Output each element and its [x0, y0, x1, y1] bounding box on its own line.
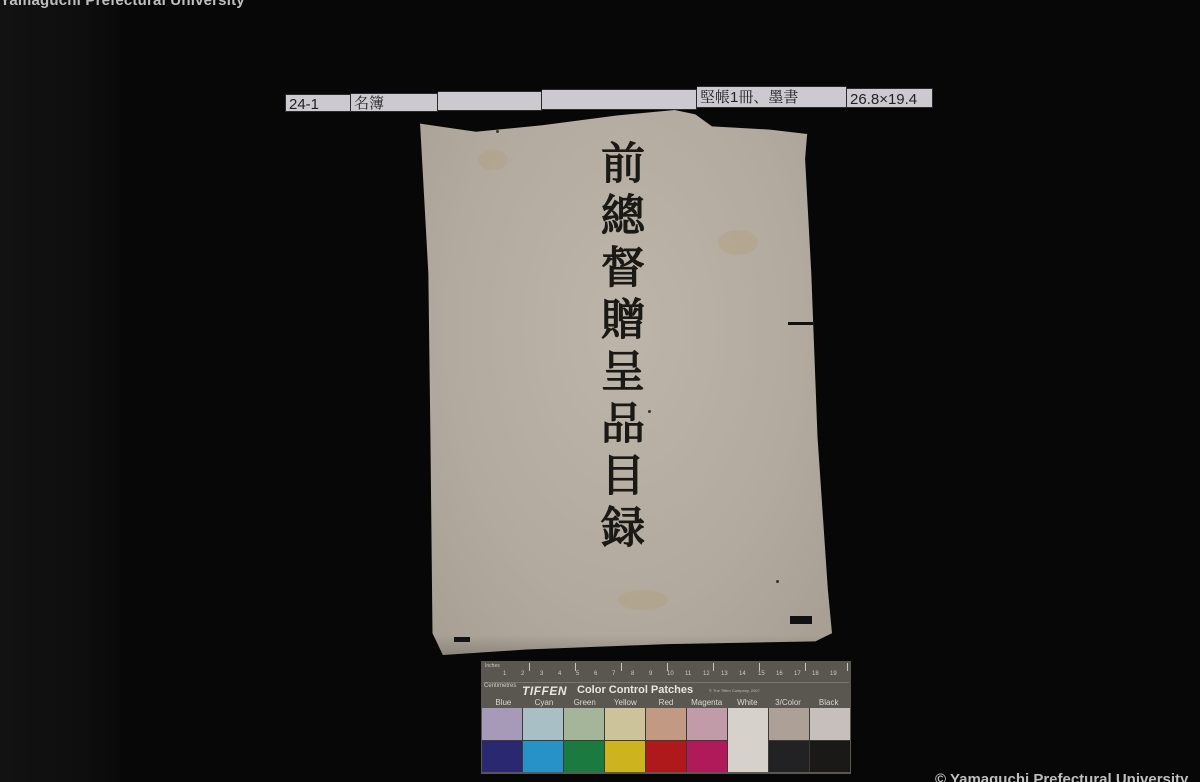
patch-label: Blue: [483, 698, 524, 707]
patch-label: Black: [808, 698, 849, 707]
color-patch-black-light: [810, 708, 850, 740]
cm-mark: 8: [631, 671, 634, 677]
centimetres-label: Centimetres: [484, 683, 516, 689]
stain: [718, 230, 758, 255]
color-patch-black-dark: [810, 741, 850, 773]
color-patch-green-light: [564, 708, 604, 740]
color-patch-red-dark: [646, 741, 686, 773]
tear: [790, 616, 812, 624]
stain: [618, 590, 668, 610]
catalog-label-strip: 24-1 名簿 堅帳1冊、墨書 26.8×19.4: [285, 86, 933, 110]
cm-mark: 10: [667, 671, 674, 677]
cm-mark: 2: [521, 671, 524, 677]
label-category: 名簿: [351, 93, 438, 112]
stain: [478, 150, 508, 170]
cm-mark: 16: [776, 671, 783, 677]
color-patch-yellow-dark: [605, 741, 645, 773]
color-patch-blue-dark: [482, 741, 522, 773]
color-patch-3-color-light: [769, 708, 809, 740]
ruler: Inches 1 2 3 4 5 6 7 8 9 10 11 12 13 14 …: [483, 663, 849, 683]
cm-mark: 18: [812, 671, 819, 677]
color-patch-red-light: [646, 708, 686, 740]
cover-edge-shadow: [418, 635, 832, 655]
cm-mark: 3: [540, 671, 543, 677]
color-patch-yellow-light: [605, 708, 645, 740]
patch-label: Magenta: [686, 698, 727, 707]
cm-mark: 19: [830, 671, 837, 677]
cm-mark: 6: [594, 671, 597, 677]
speck: [496, 130, 499, 133]
color-patch-green-dark: [564, 741, 604, 773]
chart-copyright: © The Tiffen Company, 2007: [709, 688, 760, 693]
patch-label: Cyan: [524, 698, 565, 707]
color-patch-magenta-light: [687, 708, 727, 740]
speck: [776, 580, 779, 583]
cm-mark: 13: [721, 671, 728, 677]
color-patch-grid: [482, 708, 850, 772]
label-dimensions: 26.8×19.4: [847, 88, 933, 108]
cm-mark: 11: [685, 671, 691, 677]
background-shade: [0, 0, 120, 782]
cm-mark: 14: [739, 671, 746, 677]
color-patch-cyan-dark: [523, 741, 563, 773]
cm-mark: 1: [503, 671, 506, 677]
color-patch-blue-light: [482, 708, 522, 740]
color-patch-3-color-dark: [769, 741, 809, 773]
color-control-chart: Inches 1 2 3 4 5 6 7 8 9 10 11 12 13 14 …: [481, 661, 851, 774]
label-blank-1: [438, 91, 542, 111]
cm-mark: 17: [794, 671, 801, 677]
patch-label: Green: [564, 698, 605, 707]
patch-label: 3/Color: [768, 698, 809, 707]
document-cover: 前總督贈呈品目録: [418, 110, 832, 655]
tiffen-logo: TIFFEN: [522, 684, 567, 698]
color-patch-cyan-light: [523, 708, 563, 740]
watermark-bottom: © Yamaguchi Prefectural University: [935, 771, 1188, 782]
patch-labels: Blue Cyan Green Yellow Red Magenta White…: [483, 698, 849, 707]
color-patch-magenta-dark: [687, 741, 727, 773]
label-id: 24-1: [285, 94, 351, 112]
patch-label: Red: [646, 698, 687, 707]
cm-mark: 5: [576, 671, 579, 677]
cm-mark: 7: [612, 671, 615, 677]
tear: [788, 322, 814, 325]
label-blank-2: [542, 89, 697, 110]
color-patch-white-light: [728, 708, 768, 772]
document-title: 前總督贈呈品目録: [568, 140, 668, 556]
chart-title: Color Control Patches: [577, 684, 693, 696]
patch-label: Yellow: [605, 698, 646, 707]
patch-label: White: [727, 698, 768, 707]
cm-mark: 9: [649, 671, 652, 677]
label-format: 堅帳1冊、墨書: [697, 86, 847, 108]
inches-label: Inches: [485, 663, 500, 669]
cm-mark: 4: [558, 671, 561, 677]
cm-mark: 12: [703, 671, 710, 677]
cm-mark: 15: [758, 671, 765, 677]
watermark-top: Yamaguchi Prefectural University: [0, 0, 245, 9]
